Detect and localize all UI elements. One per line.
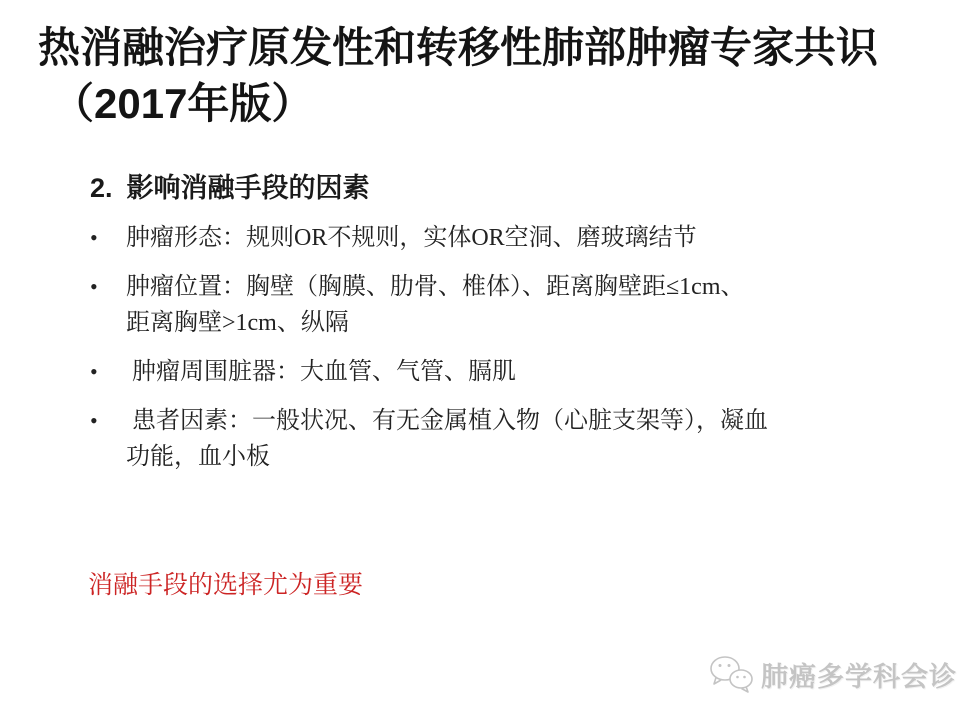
bullet-marker: • xyxy=(88,354,126,390)
bullet-text: 患者因素：一般状况、有无金属植入物（心脏支架等），凝血 功能，血小板 xyxy=(126,403,894,475)
bullet-item-surrounding-organs: • 肿瘤周围脏器：大血管、气管、膈肌 xyxy=(88,354,894,390)
bullet-list: • 肿瘤形态：规则OR不规则，实体OR空洞、磨玻璃结节 • 肿瘤位置：胸壁（胸膜… xyxy=(88,220,894,488)
bullet-marker: • xyxy=(88,220,126,256)
bullet-item-tumor-shape: • 肿瘤形态：规则OR不规则，实体OR空洞、磨玻璃结节 xyxy=(88,220,894,256)
section-heading-text: 影响消融手段的因素 xyxy=(127,173,370,203)
wechat-icon xyxy=(708,654,754,694)
emphasis-text: 消融手段的选择尤为重要 xyxy=(88,570,363,602)
section-heading-number: 2. xyxy=(90,173,113,204)
bullet-text: 肿瘤形态：规则OR不规则，实体OR空洞、磨玻璃结节 xyxy=(126,220,894,256)
bullet-item-patient-factors: • 患者因素：一般状况、有无金属植入物（心脏支架等），凝血 功能，血小板 xyxy=(88,403,894,475)
bullet-item-tumor-location: • 肿瘤位置：胸壁（胸膜、肋骨、椎体）、距离胸壁距≤1cm、 距离胸壁>1cm、… xyxy=(88,269,894,341)
bullet-marker: • xyxy=(88,269,126,305)
slide-title: 热消融治疗原发性和转移性肺部肿瘤专家共识 （2017年版） xyxy=(38,20,938,132)
bullet-text: 肿瘤位置：胸壁（胸膜、肋骨、椎体）、距离胸壁距≤1cm、 距离胸壁>1cm、纵隔 xyxy=(126,269,894,341)
section-heading: 2.影响消融手段的因素 xyxy=(90,166,370,205)
bullet-marker: • xyxy=(88,403,126,439)
slide-title-line-2: （2017年版） xyxy=(38,76,938,132)
bullet-text: 肿瘤周围脏器：大血管、气管、膈肌 xyxy=(126,354,894,390)
slide-title-line-1: 热消融治疗原发性和转移性肺部肿瘤专家共识 xyxy=(38,20,938,76)
presentation-slide: 热消融治疗原发性和转移性肺部肿瘤专家共识 （2017年版） 2.影响消融手段的因… xyxy=(0,0,960,720)
watermark-text: 肺癌多学科会诊 xyxy=(761,655,957,694)
watermark: 肺癌多学科会诊 xyxy=(708,654,957,694)
